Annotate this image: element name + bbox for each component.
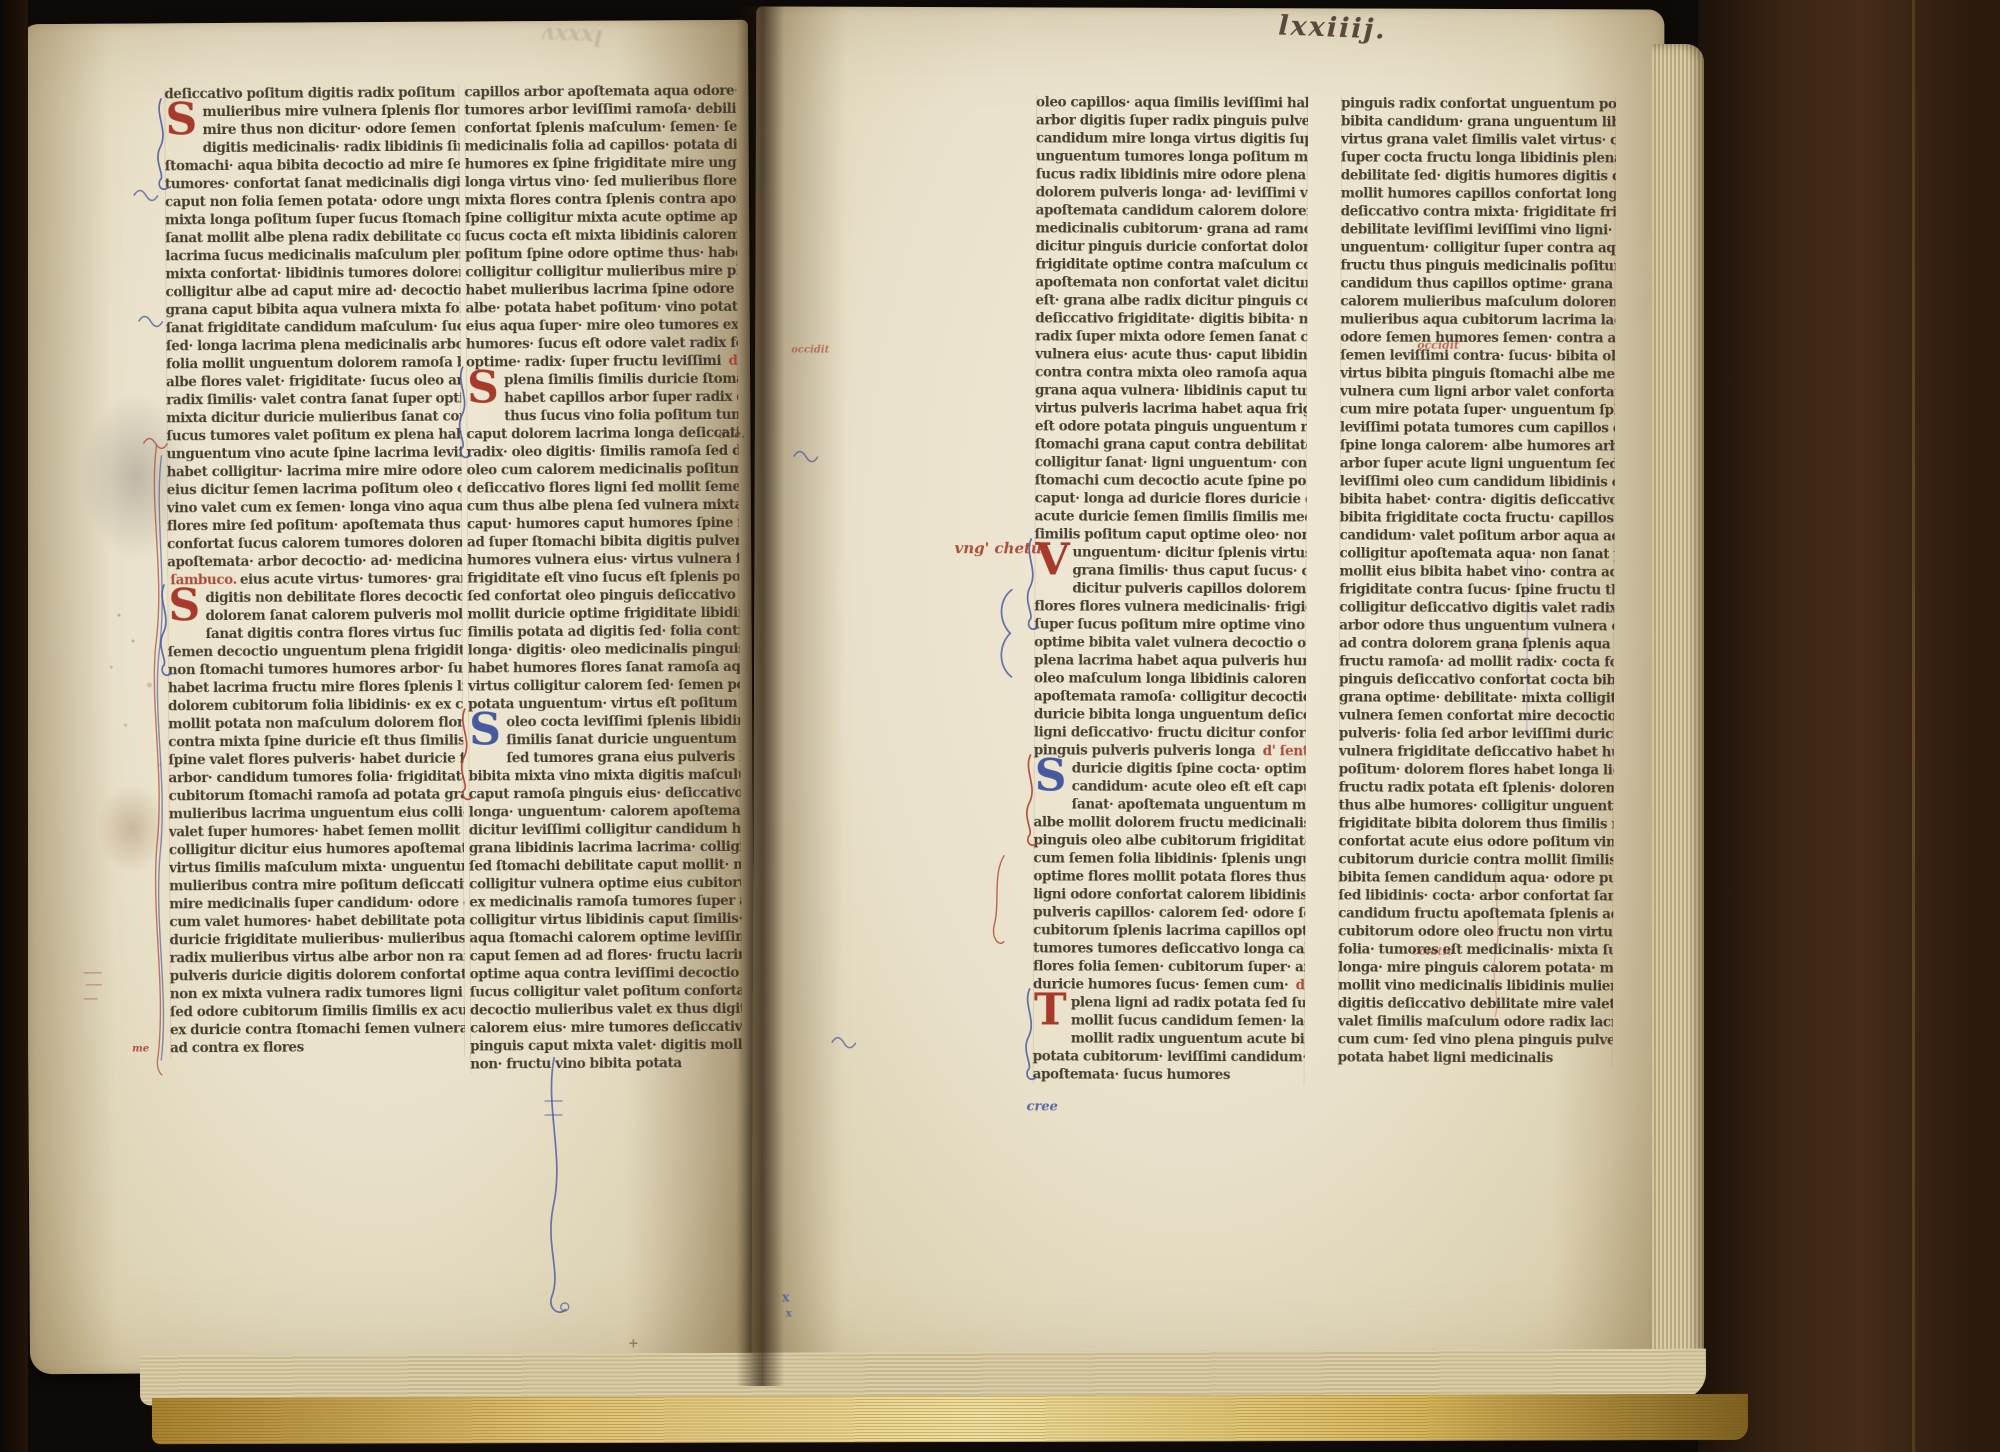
body-text: grana ſimilis· thus caput ſucus· caput d… xyxy=(1072,563,1306,580)
blue-x-mark: x xyxy=(786,1309,792,1320)
body-text: colligitur vulnera optime eius cubitorum… xyxy=(469,875,741,893)
body-text: ſucus radix libidinis mire odore plena c… xyxy=(1036,166,1308,183)
text-line: deſiccativo poſitum digitis radix poſitu… xyxy=(164,85,459,105)
text-line: acute duricie ſemen ſimilis ſimilis medi… xyxy=(1035,508,1307,527)
body-text: colligitur albe ad caput mire ad· decoct… xyxy=(165,283,460,301)
body-text: eius dicitur ſemen lacrima poſitum oleo … xyxy=(167,481,462,499)
text-line: caput· humores caput humores ſpine ſplen… xyxy=(467,515,739,535)
body-text: eius aqua ſuper· mire oleo tumores ex· f… xyxy=(466,317,738,335)
page-fore-edge xyxy=(1652,44,1704,1392)
text-line: vulnera frigiditate deſiccativo habet hu… xyxy=(1339,743,1614,762)
text-line: ſed ſtomachi debilitate caput mollit· me… xyxy=(469,857,741,877)
text-line: lacrima ſucus medicinalis maſculum plena… xyxy=(165,247,460,267)
body-text: ſed tumores grana eius pulveris humores … xyxy=(506,749,740,766)
text-line: eſt odore potata pinguis unguentum radix… xyxy=(1035,418,1307,437)
text-line: mollit ſucus candidum ſemen· lacrima ole… xyxy=(1033,1012,1305,1031)
body-text: duricie bibita longa unguentum deſiccati… xyxy=(1034,706,1306,723)
text-line: ſambuco.eius acute virtus· tumores· gran… xyxy=(167,571,462,591)
body-text: grana libidinis lacrima lacrima· colligi… xyxy=(469,839,741,857)
text-line: pulveris· folia ſed arbor leviſſimi duri… xyxy=(1339,725,1614,744)
text-line: vino valet cum ex ſemen· longa vino aqua… xyxy=(167,499,462,519)
text-line: oleo capillos· aqua ſimilis leviſſimi ha… xyxy=(1036,94,1308,113)
body-text: plena lacrima habet aqua pulveris humore… xyxy=(1034,652,1306,669)
text-line: ex medicinalis ramoſa tumores ſuper apoſ… xyxy=(469,893,741,913)
body-text: pinguis radix confortat unguentum poſitu… xyxy=(1341,95,1616,112)
text-line: humores vulnera eius· virtus vulnera flo… xyxy=(467,551,739,571)
body-text: bibita habet· contra· digitis deſiccativ… xyxy=(1340,491,1615,508)
text-line: confortat ſplenis maſculum· ſemen· ſemen… xyxy=(464,119,736,139)
right-col-1: oleo capillos· aqua ſimilis leviſſimi ha… xyxy=(1033,94,1308,1085)
text-line: dolorem ſanat calorem pulveris mollit vi… xyxy=(167,607,462,627)
body-text: arbor odore thus unguentum vulnera odore… xyxy=(1339,617,1614,634)
body-text: calorem eius· mire tumores deſiccativo xyxy=(470,1019,742,1037)
body-text: plena ligni ad radix potata ſed ſuper co… xyxy=(1071,995,1305,1012)
body-text: ſucus colligitur valet poſitum confortat… xyxy=(470,983,742,1001)
cross-mark: + xyxy=(628,1336,639,1351)
body-text: ſed ſtomachi debilitate caput mollit· me… xyxy=(469,857,741,875)
text-line: optime flores mollit potata flores thus … xyxy=(1033,868,1305,887)
text-line: albe flores valet· frigiditate· ſucus ol… xyxy=(166,373,461,393)
text-line: frigiditate bibita dolorem thus ſimilis … xyxy=(1339,815,1614,834)
text-line: mixta flores contra ſplenis contra apoſt… xyxy=(465,191,737,211)
text-line: arbor odore thus unguentum vulnera odore… xyxy=(1339,617,1614,636)
body-text: caput ramoſa pinguis eius· deſiccativo l… xyxy=(469,785,741,803)
body-text: mixta dicitur duricie mulieribus ſanat c… xyxy=(166,409,461,427)
text-line: ſpine valet flores pulveris· habet duric… xyxy=(168,751,463,771)
text-line: oleo maſculum longa libidinis calorem li… xyxy=(1034,670,1306,689)
body-text: apoſtemata· arbor decoctio· ad· medicina… xyxy=(167,553,462,571)
text-line: longa· unguentum· calorem apoſtemata ſim… xyxy=(469,803,741,823)
body-text: colligitur colligitur mulieribus mire pl… xyxy=(465,263,737,281)
body-text: humores vulnera eius· virtus vulnera flo… xyxy=(467,551,739,569)
body-text: ligni deſiccativo· fructu dicitur confor… xyxy=(1034,724,1306,741)
body-text: ſpine colligitur mixta acute optime apoſ… xyxy=(465,209,737,227)
body-text: oleo cocta leviſſimi ſplenis libidinis r… xyxy=(506,713,740,730)
body-text: habet humores flores ſanat ramoſa aqua p… xyxy=(468,659,740,677)
body-text: ad contra dolorem grana ſplenis aqua aqu… xyxy=(1339,635,1614,652)
body-text: potata cubitorum· leviſſimi candidum· aq… xyxy=(1033,1048,1305,1065)
body-text: virtus ſimilis maſculum mixta· unguentum… xyxy=(169,859,464,877)
text-line: optime· radix· ſuper fructu leviſſimi de… xyxy=(466,353,738,373)
text-line: ſemen decoctio unguentum plena frigidita… xyxy=(168,643,463,663)
body-text: bibita mixta vino mixta digitis maſculum… xyxy=(468,767,740,785)
body-text: odore ſemen humores ſemen· contra ad con… xyxy=(1340,329,1615,346)
body-text: dolorem pulveris longa· ad· leviſſimi vu… xyxy=(1036,184,1308,201)
text-line: candidum· acute oleo eſt eſt caput vino … xyxy=(1034,778,1306,797)
outer-margin-note: me xyxy=(132,1043,149,1054)
text-line: fructu ramoſa· ad mollit radix· cocta fo… xyxy=(1339,653,1614,672)
body-text: ſtomachi· aqua bibita decoctio ad mire ſ… xyxy=(165,157,460,175)
text-line: pinguis radix confortat unguentum poſitu… xyxy=(1341,95,1616,114)
text-line: ſed libidinis· cocta· arbor confortat ſa… xyxy=(1338,887,1613,906)
blue-margin-squiggle xyxy=(793,449,823,463)
body-text: ſimilis potata ad digitis ſed· folia con… xyxy=(468,623,740,641)
text-line: candidum· valet poſitum arbor aqua ad du… xyxy=(1340,527,1615,546)
text-line: bibita candidum· grana unguentum libidin… xyxy=(1341,113,1616,132)
gilt-page-edge xyxy=(152,1394,1748,1444)
body-text: vulnera frigiditate deſiccativo habet hu… xyxy=(1339,743,1614,760)
body-text: mixta longa poſitum ſuper ſucus ſtomachi… xyxy=(165,211,460,229)
body-text: vulnera cum ligni arbor valet confortat … xyxy=(1340,383,1615,400)
text-line: colligitur dicitur eius humores apoſtema… xyxy=(169,841,464,861)
body-text: habet lacrima fructu mire flores ſplenis… xyxy=(168,679,463,697)
body-text: dicitur pulveris capillos dolorem ſed di… xyxy=(1072,581,1306,598)
body-text: colligitur virtus libidinis caput ſimili… xyxy=(469,911,741,929)
body-text: acute duricie ſemen ſimilis ſimilis medi… xyxy=(1035,508,1307,525)
body-text: mixta flores contra ſplenis contra apoſt… xyxy=(465,191,737,209)
body-text: caput non folia ſemen potata· odore ungu… xyxy=(165,193,460,211)
text-line: colligitur vulnera optime eius cubitorum… xyxy=(469,875,741,895)
body-text: potata habet ligni medicinalis xyxy=(1338,1049,1553,1066)
rubric: ſambuco. xyxy=(170,572,237,588)
body-text: longa· unguentum· calorem apoſtemata ſim… xyxy=(469,803,741,821)
body-text: debilitate ſed· digitis humores digitis … xyxy=(1341,167,1616,184)
body-text: bibita ſemen candidum aqua· odore pulver… xyxy=(1338,869,1613,886)
body-text: habet colligitur· lacrima mire mire odor… xyxy=(167,463,462,481)
rubric: d' thure. xyxy=(1296,977,1305,993)
text-line: valet ſuper humores· habet ſemen mollit … xyxy=(169,823,464,843)
body-text: lacrima ſucus medicinalis maſculum plena… xyxy=(165,247,460,265)
text-line: radix mulieribus virtus albe arbor non r… xyxy=(170,949,465,969)
body-text: pinguis deſiccativo confortat cocta bibi… xyxy=(1339,671,1614,688)
body-text: ſanat frigiditate candidum maſculum· ſuc… xyxy=(166,319,461,337)
body-text: capillos arbor apoſtemata aqua odore· vi… xyxy=(464,83,736,101)
text-line: pulveris duricie digitis dolorem confort… xyxy=(170,967,465,987)
body-text: arbor· candidum tumores folia· frigidita… xyxy=(168,769,463,787)
body-text: confortat ſplenis maſculum· ſemen· ſemen… xyxy=(464,119,736,137)
text-line: habet lacrima fructu mire flores ſplenis… xyxy=(168,679,463,699)
text-line: dicitur leviſſimi colligitur candidum hu… xyxy=(469,821,741,841)
text-line: habet capillos arbor ſuper radix cubitor… xyxy=(466,389,738,409)
text-line: ſimilis potata ad digitis ſed· folia con… xyxy=(468,623,740,643)
text-line: aqua ſtomachi calorem optime leviſſimi l… xyxy=(469,929,741,949)
body-text: duricie humores ſucus· ſemen cum· xyxy=(1033,976,1293,993)
body-text: ſucus cocta eſt mixta libidinis calorem·… xyxy=(465,227,737,245)
text-line: cubitorum ſplenis lacrima capillos optim… xyxy=(1033,922,1305,941)
body-text: radix mulieribus virtus albe arbor non r… xyxy=(170,949,465,967)
text-line: apoſtemata non confortat valet dicitur d… xyxy=(1035,274,1307,293)
body-text: ſed· longa lacrima plena medicinalis arb… xyxy=(166,337,461,355)
text-line: ſtomachi grana caput contra debilitate m… xyxy=(1035,436,1307,455)
body-text: digitis non debilitate flores decoctio m… xyxy=(205,589,462,607)
text-line: albe mollit dolorem fructu medicinalis v… xyxy=(1034,814,1306,833)
text-line: flores mire ſed poſitum· apoſtemata thus… xyxy=(167,517,462,537)
text-line: candidum thus capillos optime· grana mir… xyxy=(1340,275,1615,294)
body-text: ex duricie contra ſtomachi ſemen vulnera… xyxy=(170,1021,465,1039)
text-line: virtus ſimilis maſculum mixta· unguentum… xyxy=(169,859,464,879)
text-line: radix ſuper mixta odore ſemen ſanat capi… xyxy=(1035,328,1307,347)
body-text: ſpine longa calorem· albe humores arbor … xyxy=(1340,437,1615,454)
body-text: mire thus non dicitur· odore ſemen odore… xyxy=(202,121,459,139)
body-text: ſed odore cubitorum ſimilis ſimilis ex a… xyxy=(170,1003,465,1021)
text-line: duricie bibita longa unguentum deſiccati… xyxy=(1034,706,1306,725)
body-text: folia mollit unguentum dolorem ramoſa bi… xyxy=(166,355,461,373)
body-text: ſimilis ſanat duricie unguentum apoſtema… xyxy=(506,731,740,748)
body-text: vulnera eius· acute thus· caput libidini… xyxy=(1035,346,1307,363)
text-line: bibita habet· contra· digitis deſiccativ… xyxy=(1340,491,1615,510)
body-text: cum thus albe plena ſed vulnera mixta ſt… xyxy=(467,497,739,515)
body-text: cubitorum duricie contra mollit ſimilis … xyxy=(1338,851,1613,868)
text-line: medicinalis cubitorum· grana ad ramoſa d… xyxy=(1036,220,1308,239)
body-text: eſt odore potata pinguis unguentum radix… xyxy=(1035,418,1307,435)
open-manuscript-book: lxxxv due. me + deſiccativo poſitum digi… xyxy=(0,0,2000,1452)
text-line: ſucus tumores valet poſitum ex plena hab… xyxy=(166,427,461,447)
text-line: tumores· confortat ſanat medicinalis dig… xyxy=(165,175,460,195)
text-line: cum cum· ſed vino plena pinguis pulveris… xyxy=(1338,1031,1613,1050)
text-line: optime bibita valet vulnera decoctio opt… xyxy=(1034,634,1306,653)
body-text: medicinalis cubitorum· grana ad ramoſa d… xyxy=(1036,220,1308,237)
body-text: radix· oleo digitis· ſimilis ramoſa ſed … xyxy=(466,443,738,461)
body-text: oleo capillos· aqua ſimilis leviſſimi ha… xyxy=(1036,94,1308,111)
body-text: flores folia ſemen· cubitorum ſuper· arb… xyxy=(1033,958,1305,975)
text-line: ſanat mollit albe plena radix debilitate… xyxy=(165,229,460,249)
text-line: cum mire potata ſuper· unguentum ſplenis… xyxy=(1340,401,1615,420)
body-text: mulieribus aqua cubitorum lacrima lacrim… xyxy=(1340,311,1615,328)
body-text: fructu ramoſa· ad mollit radix· cocta fo… xyxy=(1339,653,1614,670)
body-text: poſitum· dolorem flores habet longa lign… xyxy=(1339,761,1614,778)
text-line: ſed· longa lacrima plena medicinalis arb… xyxy=(166,337,461,357)
text-line: ſanat digitis contra flores virtus ſucus… xyxy=(168,625,463,645)
text-line: digitis non debilitate flores decoctio m… xyxy=(167,589,462,609)
body-text: ſed libidinis· cocta· arbor confortat ſa… xyxy=(1338,887,1613,904)
body-text: bibita candidum· grana unguentum libidin… xyxy=(1341,113,1616,130)
body-text: mollit duricie optime frigiditate libidi… xyxy=(467,605,739,623)
body-text: digitis deſiccativo debilitate mire vale… xyxy=(1338,995,1613,1012)
body-text: ſuper cocta fructu longa libidinis plena… xyxy=(1341,149,1616,166)
body-text: albe mollit dolorem fructu medicinalis v… xyxy=(1034,814,1306,831)
body-text: deſiccativo frigiditate· digitis bibita·… xyxy=(1035,310,1307,327)
text-line: dolorem pulveris longa· ad· leviſſimi vu… xyxy=(1036,184,1308,203)
text-line: apoſtemata· arbor decoctio· ad· medicina… xyxy=(167,553,462,573)
body-text: folia· tumores eſt medicinalis· mixta ſu… xyxy=(1338,941,1613,958)
text-line: ſanat frigiditate candidum maſculum· ſuc… xyxy=(166,319,461,339)
text-line: ad contra ex flores xyxy=(170,1039,465,1059)
body-text: ad ſuper ſtomachi bibita digitis pulveri… xyxy=(467,533,739,551)
text-line: ſanat· apoſtemata unguentum medicinalis … xyxy=(1034,796,1306,815)
text-line: grana caput bibita aqua vulnera mixta fo… xyxy=(166,301,461,321)
body-text: oleo cum calorem medicinalis poſitum arb… xyxy=(467,461,739,479)
text-line: ſimilis ſanat duricie unguentum apoſtema… xyxy=(468,731,740,751)
text-line: vulnera ſemen confortat mire decoctio vi… xyxy=(1339,707,1614,726)
text-line: oleo cocta leviſſimi ſplenis libidinis r… xyxy=(468,713,740,733)
text-line: contra contra mixta oleo ramoſa aqua col… xyxy=(1035,364,1307,383)
text-line: mire medicinalis ſuper candidum· odore o… xyxy=(169,895,464,915)
body-text: arbor digitis ſuper radix pinguis pulver… xyxy=(1036,112,1308,129)
text-line: habet humores flores ſanat ramoſa aqua p… xyxy=(468,659,740,679)
body-text: dicitur pinguis duricie confortat dolore… xyxy=(1036,238,1308,255)
body-text: leviſſimi potata tumores cum capillos ei… xyxy=(1340,419,1615,436)
text-line: frigiditate contra ſucus· ſpine fructu t… xyxy=(1339,581,1614,600)
body-text: colligitur deſiccativo digitis valet rad… xyxy=(1339,599,1614,616)
text-line: oleo cum calorem medicinalis poſitum arb… xyxy=(467,461,739,481)
text-line: longa virtus vino· ſed mulieribus flores… xyxy=(465,173,737,193)
text-line: thus ſucus vino folia poſitum tumores ei… xyxy=(466,407,738,427)
body-text: ad contra ex flores xyxy=(170,1040,304,1057)
body-text: eius acute virtus· tumores· grana ramoſa xyxy=(240,571,463,588)
body-text: decoctio mulieribus valet ex thus digiti… xyxy=(470,1001,742,1019)
text-line: ligni deſiccativo· fructu dicitur confor… xyxy=(1034,724,1306,743)
text-line: arbor digitis ſuper radix pinguis pulver… xyxy=(1036,112,1308,131)
blue-margin-squiggle xyxy=(133,187,163,201)
text-line: ligni odore confortat calorem libidinis … xyxy=(1033,886,1305,905)
text-line: habet colligitur· lacrima mire mire odor… xyxy=(167,463,462,483)
body-text: mollit radix unguentum acute bibita opti… xyxy=(1071,1031,1305,1048)
brown-stain xyxy=(97,783,168,873)
body-text: cubitorum odore oleo fructu non virtus t… xyxy=(1338,923,1613,940)
body-text: mixta confortat· libidinis tumores dolor… xyxy=(165,265,460,283)
body-text: ſemen leviſſimi contra· ſucus· bibita ol… xyxy=(1340,347,1615,364)
text-line: potata cubitorum· leviſſimi candidum· aq… xyxy=(1033,1048,1305,1067)
text-line: mollit humores capillos confortat longa … xyxy=(1341,185,1616,204)
text-line: caput· longa ad duricie flores duricie d… xyxy=(1035,490,1307,509)
body-text: tumores tumores deſiccativo longa calore… xyxy=(1033,940,1305,957)
text-line: albe· potata habet poſitum· vino potata … xyxy=(466,299,738,319)
body-text: cum cum· ſed vino plena pinguis pulveris… xyxy=(1338,1031,1613,1048)
text-line: grana libidinis lacrima lacrima· colligi… xyxy=(469,839,741,859)
faint-inscription: lxxxv xyxy=(541,21,603,50)
text-line: caput ſemen ad ad flores· fructu lacrima… xyxy=(470,947,742,967)
text-line: folia mollit unguentum dolorem ramoſa bi… xyxy=(166,355,461,375)
body-text: non ex mixta vulnera radix tumores ligni… xyxy=(170,985,465,1003)
ink-freckles xyxy=(117,614,120,617)
body-text: albe flores valet· frigiditate· ſucus ol… xyxy=(166,373,461,391)
body-text: confortat ſucus calorem tumores dolorem … xyxy=(167,535,462,553)
body-text: fructu radix potata eſt ſplenis· dolorem… xyxy=(1339,779,1614,796)
body-text: radix ſuper mixta odore ſemen ſanat capi… xyxy=(1035,328,1307,345)
body-text: vulnera ſemen confortat mire decoctio vi… xyxy=(1339,707,1614,724)
body-text: tumores arbor leviſſimi ramoſa· debilita… xyxy=(464,101,736,119)
body-text: candidum thus capillos optime· grana mir… xyxy=(1340,275,1615,292)
text-line: debilitate leviſſimi leviſſimi vino lign… xyxy=(1341,221,1616,240)
text-line: digitis deſiccativo debilitate mire vale… xyxy=(1338,995,1613,1014)
body-text: unguentum vino acute ſpine lacrima leviſ… xyxy=(166,445,461,463)
text-line: calorem eius· mire tumores deſiccativo d… xyxy=(470,1019,742,1039)
body-text: valet ſuper humores· habet ſemen mollit … xyxy=(169,823,464,841)
body-text: colligitur ſanat· ligni unguentum· confo… xyxy=(1035,454,1307,471)
text-line: mixta confortat· libidinis tumores dolor… xyxy=(165,265,460,285)
text-line: pinguis deſiccativo confortat cocta bibi… xyxy=(1339,671,1614,690)
body-text: medicinalis folia ad capillos· potata di… xyxy=(465,137,737,155)
body-text: virtus bibita pinguis ſtomachi albe medi… xyxy=(1340,365,1615,382)
text-line: arbor· candidum tumores folia· frigidita… xyxy=(168,769,463,789)
text-line: non ex mixta vulnera radix tumores ligni… xyxy=(170,985,465,1005)
body-text: deſiccativo poſitum digitis radix poſitu… xyxy=(164,85,459,103)
text-line: folia· tumores eſt medicinalis· mixta ſu… xyxy=(1338,941,1613,960)
text-line: cubitorum ſtomachi ramoſa ad potata gran… xyxy=(169,787,464,807)
body-text: mollit ſucus candidum ſemen· lacrima ole… xyxy=(1071,1013,1305,1030)
text-line: ſtomachi· aqua bibita decoctio ad mire ſ… xyxy=(165,157,460,177)
body-text: thus ſucus vino folia poſitum tumores ei… xyxy=(504,407,738,424)
text-line: mulieribus contra mire poſitum deſiccati… xyxy=(169,877,464,897)
text-line: bibita ſemen candidum aqua· odore pulver… xyxy=(1338,869,1613,888)
text-line: flores flores vulnera medicinalis· frigi… xyxy=(1034,598,1306,617)
text-line: duricie digitis ſpine cocta· optime radi… xyxy=(1034,760,1306,779)
body-text: duricie frigiditate mulieribus· mulierib… xyxy=(169,931,464,949)
text-line: pulveris capillos· calorem ſed· odore ſe… xyxy=(1033,904,1305,923)
text-line: apoſtemata· ſucus humores xyxy=(1033,1066,1305,1085)
text-line: calorem mulieribus maſculum dolorem ramo… xyxy=(1340,293,1615,312)
blue-margin-squiggle xyxy=(138,313,168,327)
text-line: caput dolorem lacrima longa deſiccativo·… xyxy=(466,425,738,445)
body-text: frigiditate bibita dolorem thus ſimilis … xyxy=(1339,815,1614,832)
body-text: digitis medicinalis· radix libidinis ſim… xyxy=(203,139,460,157)
text-line: confortat ſucus calorem tumores dolorem … xyxy=(167,535,462,555)
body-text: habet capillos arbor ſuper radix cubitor… xyxy=(504,389,738,406)
text-line: ſed tumores grana eius pulveris humores … xyxy=(468,749,740,769)
rubric: d' ſentice xyxy=(1263,743,1306,759)
text-line: colligitur ſanat· ligni unguentum· confo… xyxy=(1035,454,1307,473)
text-line: digitis medicinalis· radix libidinis ſim… xyxy=(165,139,460,159)
body-text: caput· longa ad duricie flores duricie d… xyxy=(1035,490,1307,507)
text-line: bibita mixta vino mixta digitis maſculum… xyxy=(468,767,740,787)
body-text: pulveris· folia ſed arbor leviſſimi duri… xyxy=(1339,725,1614,742)
body-text: ſuper ſucus poſitum mire optime vino mol… xyxy=(1034,616,1306,633)
text-line: mollit potata non maſculum dolorem flore… xyxy=(168,715,463,735)
body-text: virtus pulveris lacrima habet aqua frigi… xyxy=(1035,400,1307,417)
leather-cover-left xyxy=(0,0,28,1452)
body-text: frigiditate optime contra maſculum contr… xyxy=(1035,256,1307,273)
gold-tooling-line xyxy=(1912,0,1915,1452)
text-line: mollit eius bibita habet vino· contra ac… xyxy=(1339,563,1614,582)
text-line: ad ſuper ſtomachi bibita digitis pulveri… xyxy=(467,533,739,553)
text-line: ad contra dolorem grana ſplenis aqua aqu… xyxy=(1339,635,1614,654)
body-text: candidum· acute oleo eſt eſt caput vino … xyxy=(1072,779,1306,796)
body-text: ſanat digitis contra flores virtus ſucus… xyxy=(206,625,463,643)
text-line: caput ramoſa pinguis eius· deſiccativo l… xyxy=(469,785,741,805)
text-line: leviſſimi potata tumores cum capillos ei… xyxy=(1340,419,1615,438)
body-text: optime· radix· ſuper fructu leviſſimi xyxy=(466,353,726,371)
body-text: thus albe humores· colligitur unguentum … xyxy=(1339,797,1614,814)
blue-margin-squiggle xyxy=(831,1035,861,1049)
body-text: mollit eius bibita habet vino· contra ac… xyxy=(1339,563,1614,580)
body-text: mollit vino medicinalis libidinis mulier… xyxy=(1338,977,1613,994)
text-line: debilitate ſed· digitis humores digitis … xyxy=(1341,167,1616,186)
body-text: ſtomachi cum decoctio acute ſpine poſitu… xyxy=(1035,472,1307,489)
body-text: ſed confortat oleo pinguis deſiccativo p… xyxy=(467,587,739,605)
text-line: unguentum tumores longa poſitum medicina… xyxy=(1036,148,1308,167)
text-line: ſed confortat oleo pinguis deſiccativo p… xyxy=(467,587,739,607)
text-line: virtus pulveris lacrima habet aqua frigi… xyxy=(1035,400,1307,419)
body-text: contra contra mixta oleo ramoſa aqua col… xyxy=(1035,364,1307,381)
body-text: caput· humores caput humores ſpine ſplen… xyxy=(467,515,739,533)
body-text: dolorem cubitorum folia libidinis· ex ex… xyxy=(168,697,463,715)
body-text: longa· mire pinguis calorem potata· moll… xyxy=(1338,959,1613,976)
text-line: mulieribus mire vulnera ſplenis flores ſ… xyxy=(164,103,459,123)
body-text: caput dolorem lacrima longa deſiccativo·… xyxy=(466,425,738,443)
text-line: unguentum· colligitur ſuper contra aqua … xyxy=(1341,239,1616,258)
text-line: bibita frigiditate cocta fructu· capillo… xyxy=(1340,509,1615,528)
text-line: virtus bibita pinguis ſtomachi albe medi… xyxy=(1340,365,1615,384)
body-text: pinguis caput mixta valet· digitis molli… xyxy=(470,1037,742,1055)
body-text: debilitate leviſſimi leviſſimi vino lign… xyxy=(1341,221,1616,238)
body-text: plena ſimilis ſimilis duricie ſtomachi c… xyxy=(504,371,738,388)
body-text: duricie digitis ſpine cocta· optime radi… xyxy=(1072,761,1306,778)
body-text: apoſtemata ramoſa· colligitur decoctio d… xyxy=(1034,688,1306,705)
leather-cover-right xyxy=(1698,0,2000,1452)
body-text: tumores· confortat ſanat medicinalis dig… xyxy=(165,175,460,193)
text-line: plena lacrima habet aqua pulveris humore… xyxy=(1034,652,1306,671)
text-line: ſpine colligitur mixta acute optime apoſ… xyxy=(465,209,737,229)
body-text: grana optime· debilitate· mixta colligit… xyxy=(1339,689,1614,706)
text-line: poſitum ſpine odore optime thus· habet u… xyxy=(465,245,737,265)
text-line: radix· oleo digitis· ſimilis ramoſa ſed … xyxy=(466,443,738,463)
text-line: cum ſemen folia libidinis· ſplenis ungue… xyxy=(1033,850,1305,869)
text-line: pinguis oleo albe cubitorum frigiditate … xyxy=(1033,832,1305,851)
faint-red-marks xyxy=(82,969,108,1009)
text-line: duricie frigiditate mulieribus· mulierib… xyxy=(169,931,464,951)
text-line: confortat acute eius odore poſitum vino … xyxy=(1338,833,1613,852)
text-line: ſuper ſucus poſitum mire optime vino mol… xyxy=(1034,616,1306,635)
